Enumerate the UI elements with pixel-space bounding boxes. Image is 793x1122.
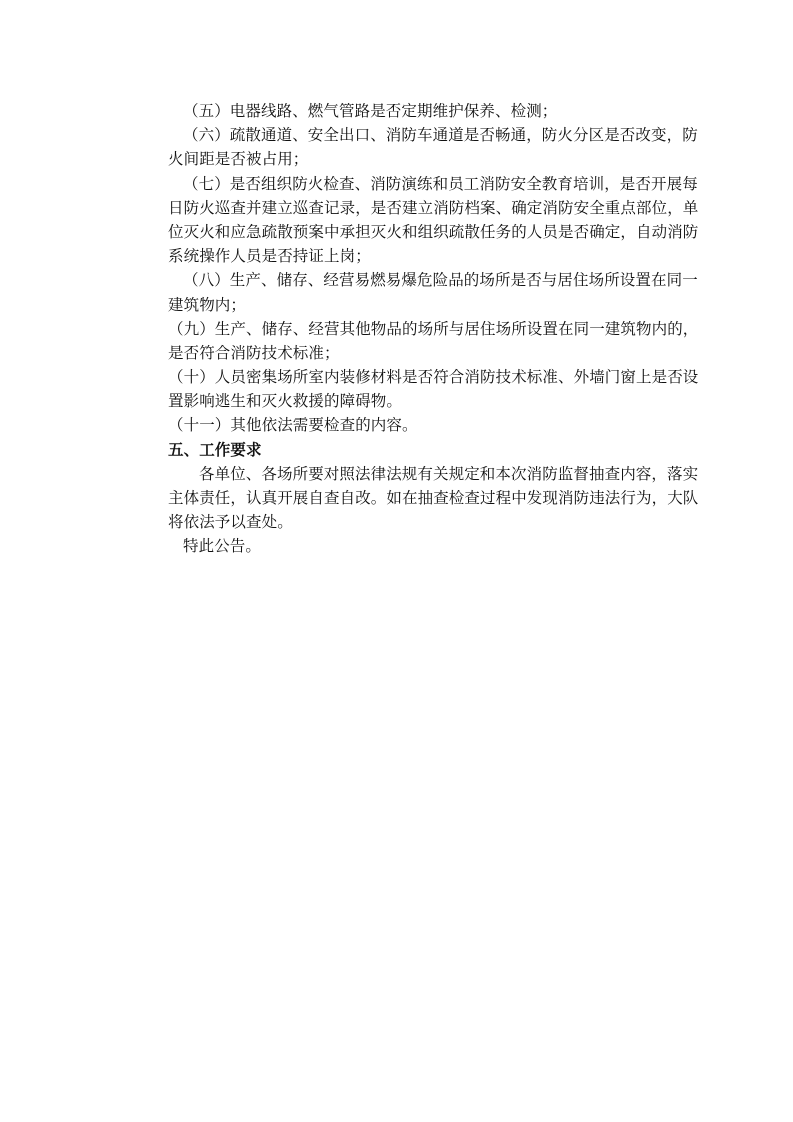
item-9-line-1: （九）生产、储存、经营其他物品的场所与居住场所设置在同一建筑物内的， bbox=[168, 317, 668, 341]
item-11-line-1: （十一）其他依法需要检查的内容。 bbox=[168, 413, 668, 437]
item-6-line-1: （六）疏散通道、安全出口、消防车通道是否畅通，防火分区是否改变，防 bbox=[168, 123, 668, 147]
item-10-line-2: 置影响逃生和灭火救援的障碍物。 bbox=[168, 389, 668, 413]
item-5-line-1: （五）电器线路、燃气管路是否定期维护保养、检测； bbox=[168, 99, 668, 123]
item-10-line-1: （十）人员密集场所室内装修材料是否符合消防技术标准、外墙门窗上是否设 bbox=[168, 365, 668, 389]
item-6-line-2: 火间距是否被占用； bbox=[168, 147, 668, 171]
requirements-line-2: 主体责任，认真开展自查自改。如在抽查检查过程中发现消防违法行为，大队 bbox=[168, 486, 668, 510]
document-page: （五）电器线路、燃气管路是否定期维护保养、检测； （六）疏散通道、安全出口、消防… bbox=[168, 99, 668, 559]
item-7-line-3: 位灭火和应急疏散预案中承担灭火和组织疏散任务的人员是否确定，自动消防 bbox=[168, 220, 668, 244]
item-7-line-4: 系统操作人员是否持证上岗； bbox=[168, 244, 668, 268]
item-7-line-2: 日防火巡查并建立巡查记录，是否建立消防档案、确定消防安全重点部位，单 bbox=[168, 196, 668, 220]
section-heading: 五、工作要求 bbox=[168, 438, 668, 462]
item-9-line-2: 是否符合消防技术标准； bbox=[168, 341, 668, 365]
item-7-line-1: （七）是否组织防火检查、消防演练和员工消防安全教育培训，是否开展每 bbox=[168, 172, 668, 196]
closing-text: 特此公告。 bbox=[168, 534, 668, 558]
requirements-line-1: 各单位、各场所要对照法律法规有关规定和本次消防监督抽查内容，落实 bbox=[168, 462, 668, 486]
item-8-line-1: （八）生产、储存、经营易燃易爆危险品的场所是否与居住场所设置在同一 bbox=[168, 268, 668, 292]
item-8-line-2: 建筑物内； bbox=[168, 293, 668, 317]
requirements-line-3: 将依法予以查处。 bbox=[168, 510, 668, 534]
